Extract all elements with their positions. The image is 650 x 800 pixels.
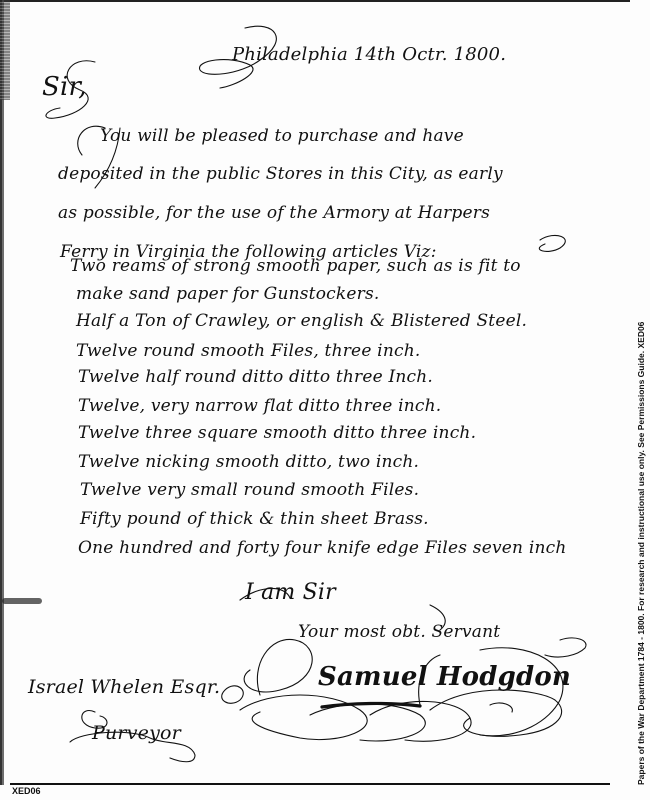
archive-document-id: XED06 xyxy=(12,786,41,796)
item-line-3: Half a Ton of Crawley, or english & Blis… xyxy=(76,311,527,331)
item-line-6: Twelve, very narrow flat ditto three inc… xyxy=(78,396,441,416)
scan-border-top xyxy=(0,0,630,2)
letter-salutation: Sir, xyxy=(42,72,87,102)
letter-body-line-1: You will be pleased to purchase and have xyxy=(100,126,464,146)
letter-closing-line-1: I am Sir xyxy=(245,580,336,605)
letter-closing-line-2: Your most obt. Servant xyxy=(298,622,500,642)
item-line-9: Twelve very small round smooth Files. xyxy=(80,480,419,500)
ink-smudge xyxy=(2,598,42,604)
scan-border-bottom xyxy=(10,783,610,785)
archive-side-caption: Papers of the War Department 1784 - 1800… xyxy=(636,322,646,785)
letter-signature: Samuel Hodgdon xyxy=(318,662,571,692)
item-line-5: Twelve half round ditto ditto three Inch… xyxy=(78,367,433,387)
item-line-7: Twelve three square smooth ditto three i… xyxy=(78,423,476,443)
item-line-10: Fifty pound of thick & thin sheet Brass. xyxy=(80,509,429,529)
scan-border-left-texture xyxy=(0,0,10,100)
item-line-1: Two reams of strong smooth paper, such a… xyxy=(70,256,521,276)
addressee-title: Purveyor xyxy=(92,722,181,744)
addressee-name: Israel Whelen Esqr. xyxy=(28,676,220,698)
item-line-8: Twelve nicking smooth ditto, two inch. xyxy=(78,452,419,472)
scan-border-left xyxy=(0,0,6,785)
letter-body-line-2: deposited in the public Stores in this C… xyxy=(58,164,503,184)
scanned-letter-page: Philadelphia 14th Octr. 1800. Sir, You w… xyxy=(0,0,650,800)
letter-place-date: Philadelphia 14th Octr. 1800. xyxy=(232,44,506,65)
letter-body-line-3: as possible, for the use of the Armory a… xyxy=(58,203,490,223)
item-line-2: make sand paper for Gunstockers. xyxy=(76,284,379,304)
item-line-11: One hundred and forty four knife edge Fi… xyxy=(78,538,566,558)
item-line-4: Twelve round smooth Files, three inch. xyxy=(76,341,420,361)
